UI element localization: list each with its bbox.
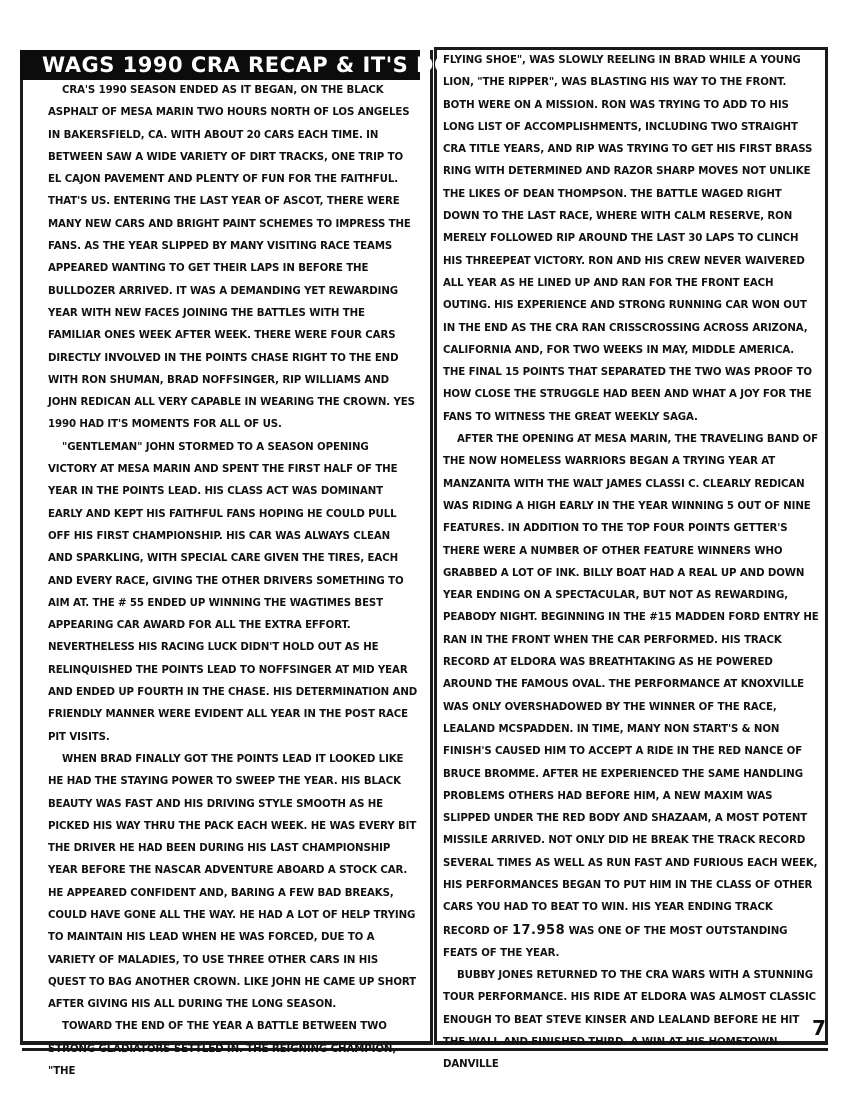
paragraph-body: AFTER THE OPENING AT MESA MARIN, THE TRA… <box>443 434 819 937</box>
paragraph: TOWARD THE END OF THE YEAR A BATTLE BETW… <box>48 1016 418 1083</box>
paragraph: AFTER THE OPENING AT MESA MARIN, THE TRA… <box>443 429 819 965</box>
page-number: 7 <box>812 1016 826 1040</box>
track-record-value: 17.958 <box>512 923 565 938</box>
paragraph: "GENTLEMAN" JOHN STORMED TO A SEASON OPE… <box>48 437 418 749</box>
paragraph: CRA'S 1990 SEASON ENDED AS IT BEGAN, ON … <box>48 80 418 437</box>
paragraph: FLYING SHOE", WAS SLOWLY REELING IN BRAD… <box>443 50 819 429</box>
right-column-text: FLYING SHOE", WAS SLOWLY REELING IN BRAD… <box>443 50 819 1077</box>
article-title: WAGS 1990 CRA RECAP & IT'S DONE <box>20 50 420 80</box>
paragraph: WHEN BRAD FINALLY GOT THE POINTS LEAD IT… <box>48 749 418 1017</box>
left-column-text: CRA'S 1990 SEASON ENDED AS IT BEGAN, ON … <box>48 80 418 1083</box>
paragraph: BUBBY JONES RETURNED TO THE CRA WARS WIT… <box>443 965 819 1076</box>
